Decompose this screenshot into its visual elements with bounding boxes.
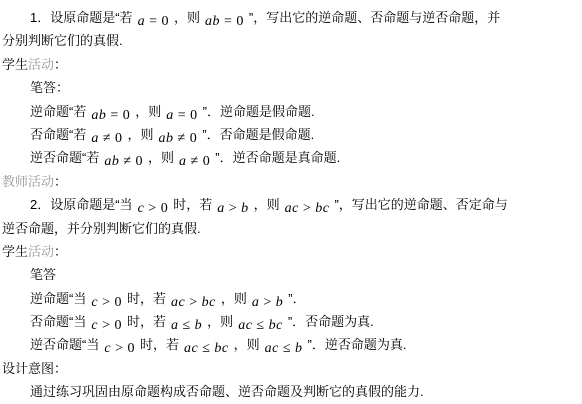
text-line: 否命题“若a ≠ 0，则ab ≠ 0”．否命题是假命题. (2, 123, 580, 146)
body-text: ： (54, 244, 67, 259)
body-text: ”．逆命题是假命题. (203, 104, 315, 119)
body-text: 否命题“当 (30, 314, 86, 329)
body-text: ，则 (148, 150, 174, 165)
section-label-text: 教师活动 (2, 174, 54, 189)
body-text: 否命题“若 (30, 127, 86, 142)
text-line: 逆否命题“若ab ≠ 0，则a ≠ 0”．逆否命题是真命题. (2, 146, 580, 169)
math-formula: ab ≠ 0 (104, 155, 143, 169)
body-text: 逆否命题“若 (30, 150, 99, 165)
text-line: 设计意图： (2, 357, 580, 380)
math-formula: c > 0 (91, 319, 122, 333)
body-text: ，则 (128, 127, 154, 142)
body-text: 逆否命题“当 (30, 337, 99, 352)
body-text: ”．逆否命题是真命题. (215, 150, 340, 165)
text-line: 笔答： (2, 76, 580, 99)
math-formula: ac > bc (285, 202, 330, 216)
math-formula: a = 0 (166, 109, 197, 123)
math-formula: ab = 0 (205, 15, 244, 29)
lesson-plan-document: 1．设原命题是“若a = 0，则ab = 0”，写出它的逆命题、否命题与逆否命题… (0, 0, 582, 404)
math-formula: a ≤ b (171, 319, 202, 333)
section-label-text: 活动 (28, 244, 54, 259)
body-text: 时，若 (127, 314, 166, 329)
body-text: 逆命题“若 (30, 104, 86, 119)
body-text: ”，写出它的逆命题、否命题与逆否命题，并 (249, 10, 500, 25)
text-line: 学生活动： (2, 240, 580, 263)
body-text: ，则 (221, 291, 247, 306)
math-formula: ac ≤ bc (238, 319, 283, 333)
math-formula: a = 0 (138, 15, 169, 29)
body-text: ，则 (234, 337, 260, 352)
text-line: 逆否命题，并分别判断它们的真假. (2, 217, 580, 240)
body-text: 时，若 (140, 337, 179, 352)
body-text: ”．逆否命题为真. (308, 337, 407, 352)
text-line: 分别判断它们的真假. (2, 29, 580, 52)
text-line: 否命题“当c > 0时，若a ≤ b，则ac ≤ bc”．否命题为真. (2, 310, 580, 333)
math-formula: ac > bc (171, 296, 216, 310)
section-label-text: 活动 (28, 57, 54, 72)
math-formula: a ≠ 0 (179, 155, 210, 169)
text-line: 1．设原命题是“若a = 0，则ab = 0”，写出它的逆命题、否命题与逆否命题… (2, 6, 580, 29)
math-formula: c > 0 (91, 296, 122, 310)
math-formula: a > b (252, 296, 283, 310)
body-text: ，则 (174, 10, 200, 25)
text-line: 逆否命题“当c > 0时，若ac ≤ bc，则ac ≤ b”．逆否命题为真. (2, 333, 580, 356)
body-text: ”．否命题是假命题. (202, 127, 314, 142)
math-formula: c > 0 (138, 202, 169, 216)
body-text: ： (54, 174, 67, 189)
body-text: 时，若 (127, 291, 166, 306)
body-text: 设计意图： (2, 361, 67, 376)
text-line: 学生活动： (2, 53, 580, 76)
math-formula: ac ≤ bc (184, 342, 229, 356)
body-text: 笔答 (30, 267, 56, 282)
body-text: ”．否命题为真. (288, 314, 374, 329)
math-formula: a > b (217, 202, 248, 216)
body-text: 逆否命题，并分别判断它们的真假. (2, 221, 201, 236)
body-text: 1．设原命题是“若 (30, 10, 133, 25)
math-formula: ab = 0 (91, 109, 130, 123)
body-text: 逆命题“当 (30, 291, 86, 306)
body-text: 通过练习巩固由原命题构成否命题、逆否命题及判断它的真假的能力. (30, 384, 424, 399)
body-text: 学生 (2, 244, 28, 259)
text-line: 2．设原命题是“当c > 0时，若a > b，则ac > bc”，写出它的逆命题… (2, 193, 580, 216)
math-formula: ac ≤ b (265, 342, 303, 356)
body-text: ”，写出它的逆命题、否定命与 (334, 197, 507, 212)
text-line: 通过练习巩固由原命题构成否命题、逆否命题及判断它的真假的能力. (2, 380, 580, 403)
text-line: 笔答 (2, 263, 580, 286)
text-line: 教师活动： (2, 170, 580, 193)
math-formula: ab ≠ 0 (159, 132, 198, 146)
text-line: 逆命题“若ab = 0，则a = 0”．逆命题是假命题. (2, 100, 580, 123)
body-text: 学生 (2, 57, 28, 72)
body-text: 2．设原命题是“当 (30, 197, 133, 212)
body-text: ，则 (254, 197, 280, 212)
math-formula: a ≠ 0 (91, 132, 122, 146)
body-text: 笔答： (30, 80, 69, 95)
body-text: 分别判断它们的真假. (2, 33, 123, 48)
document-body: 1．设原命题是“若a = 0，则ab = 0”，写出它的逆命题、否命题与逆否命题… (2, 6, 580, 404)
math-formula: c > 0 (104, 342, 135, 356)
body-text: 时，若 (173, 197, 212, 212)
text-line: 逆命题“当c > 0时，若ac > bc，则a > b”． (2, 287, 580, 310)
body-text: ： (54, 57, 67, 72)
body-text: ”． (288, 291, 305, 306)
body-text: ，则 (135, 104, 161, 119)
body-text: ，则 (207, 314, 233, 329)
